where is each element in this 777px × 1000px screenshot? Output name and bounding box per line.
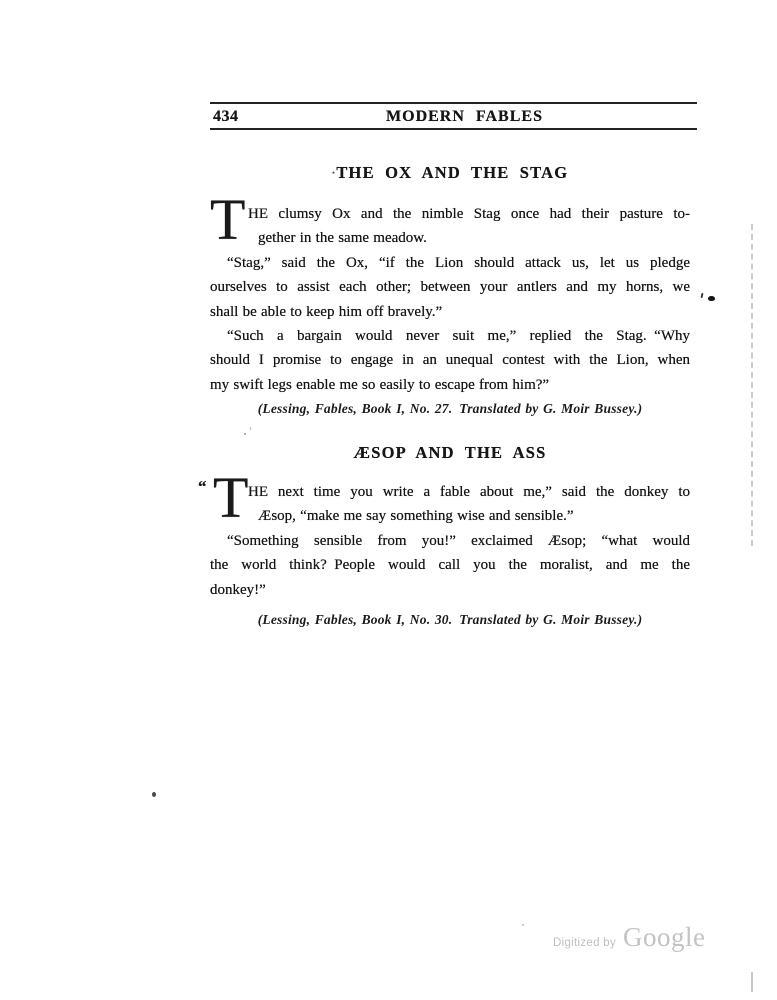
scan-speck [522,924,524,926]
text-line: my swift legs enable me so easily to esc… [210,373,690,397]
fable1-title-text: THE OX AND THE STAG [336,163,568,182]
text-line: should I promise to engage in an unequal… [210,348,690,372]
text-line: donkey!” [210,578,690,602]
text-line: gether in the same meadow. [210,226,690,250]
fable2-citation: (Lessing, Fables, Book I, No. 30. Transl… [210,612,690,628]
running-title: MODERN FABLES [210,106,697,128]
text-line: “Such a bargain would never suit me,” re… [210,324,690,348]
scan-edge-dashes [751,224,753,546]
text-line: Æsop, “make me say something wise and se… [210,504,690,528]
scanned-book-page: 434 MODERN FABLES ·THE OX AND THE STAG T… [0,0,777,1000]
text-line: HE clumsy Ox and the nimble Stag once ha… [210,202,690,226]
text-line: shall be able to keep him off bravely.” [210,300,690,324]
scan-speck [244,433,246,435]
text-line: “Something sensible from you!” exclaimed… [210,529,690,553]
fable2-opening-quote: “ [198,480,207,494]
text-line: ourselves to assist each other; between … [210,275,690,299]
google-logo: Google [623,922,705,953]
fable2-title: ÆSOP AND THE ASS [210,444,690,462]
text-line: HE next time you write a fable about me,… [210,480,690,504]
scan-speck [250,427,251,430]
fable2-body: “ T HE next time you write a fable about… [210,480,690,602]
running-header: 434 MODERN FABLES [210,102,697,130]
scan-dot-artifact: · [332,167,336,179]
ink-mark-artifact [701,293,704,298]
fable1-body: T HE clumsy Ox and the nimble Stag once … [210,202,690,397]
text-line: the world think? People would call you t… [210,553,690,577]
scan-edge-tick [751,972,753,992]
scan-speck [152,792,156,797]
fable2-drop-cap: T [213,469,248,527]
fable1-citation: (Lessing, Fables, Book I, No. 27. Transl… [210,401,690,417]
text-line: “Stag,” said the Ox, “if the Lion should… [210,251,690,275]
ink-blob-artifact [708,296,715,301]
fable1-title: ·THE OX AND THE STAG [210,164,690,182]
fable1-drop-cap: T [210,191,245,249]
digitized-by-watermark: Digitized by Google [553,922,706,953]
watermark-prefix: Digitized by [553,937,616,949]
